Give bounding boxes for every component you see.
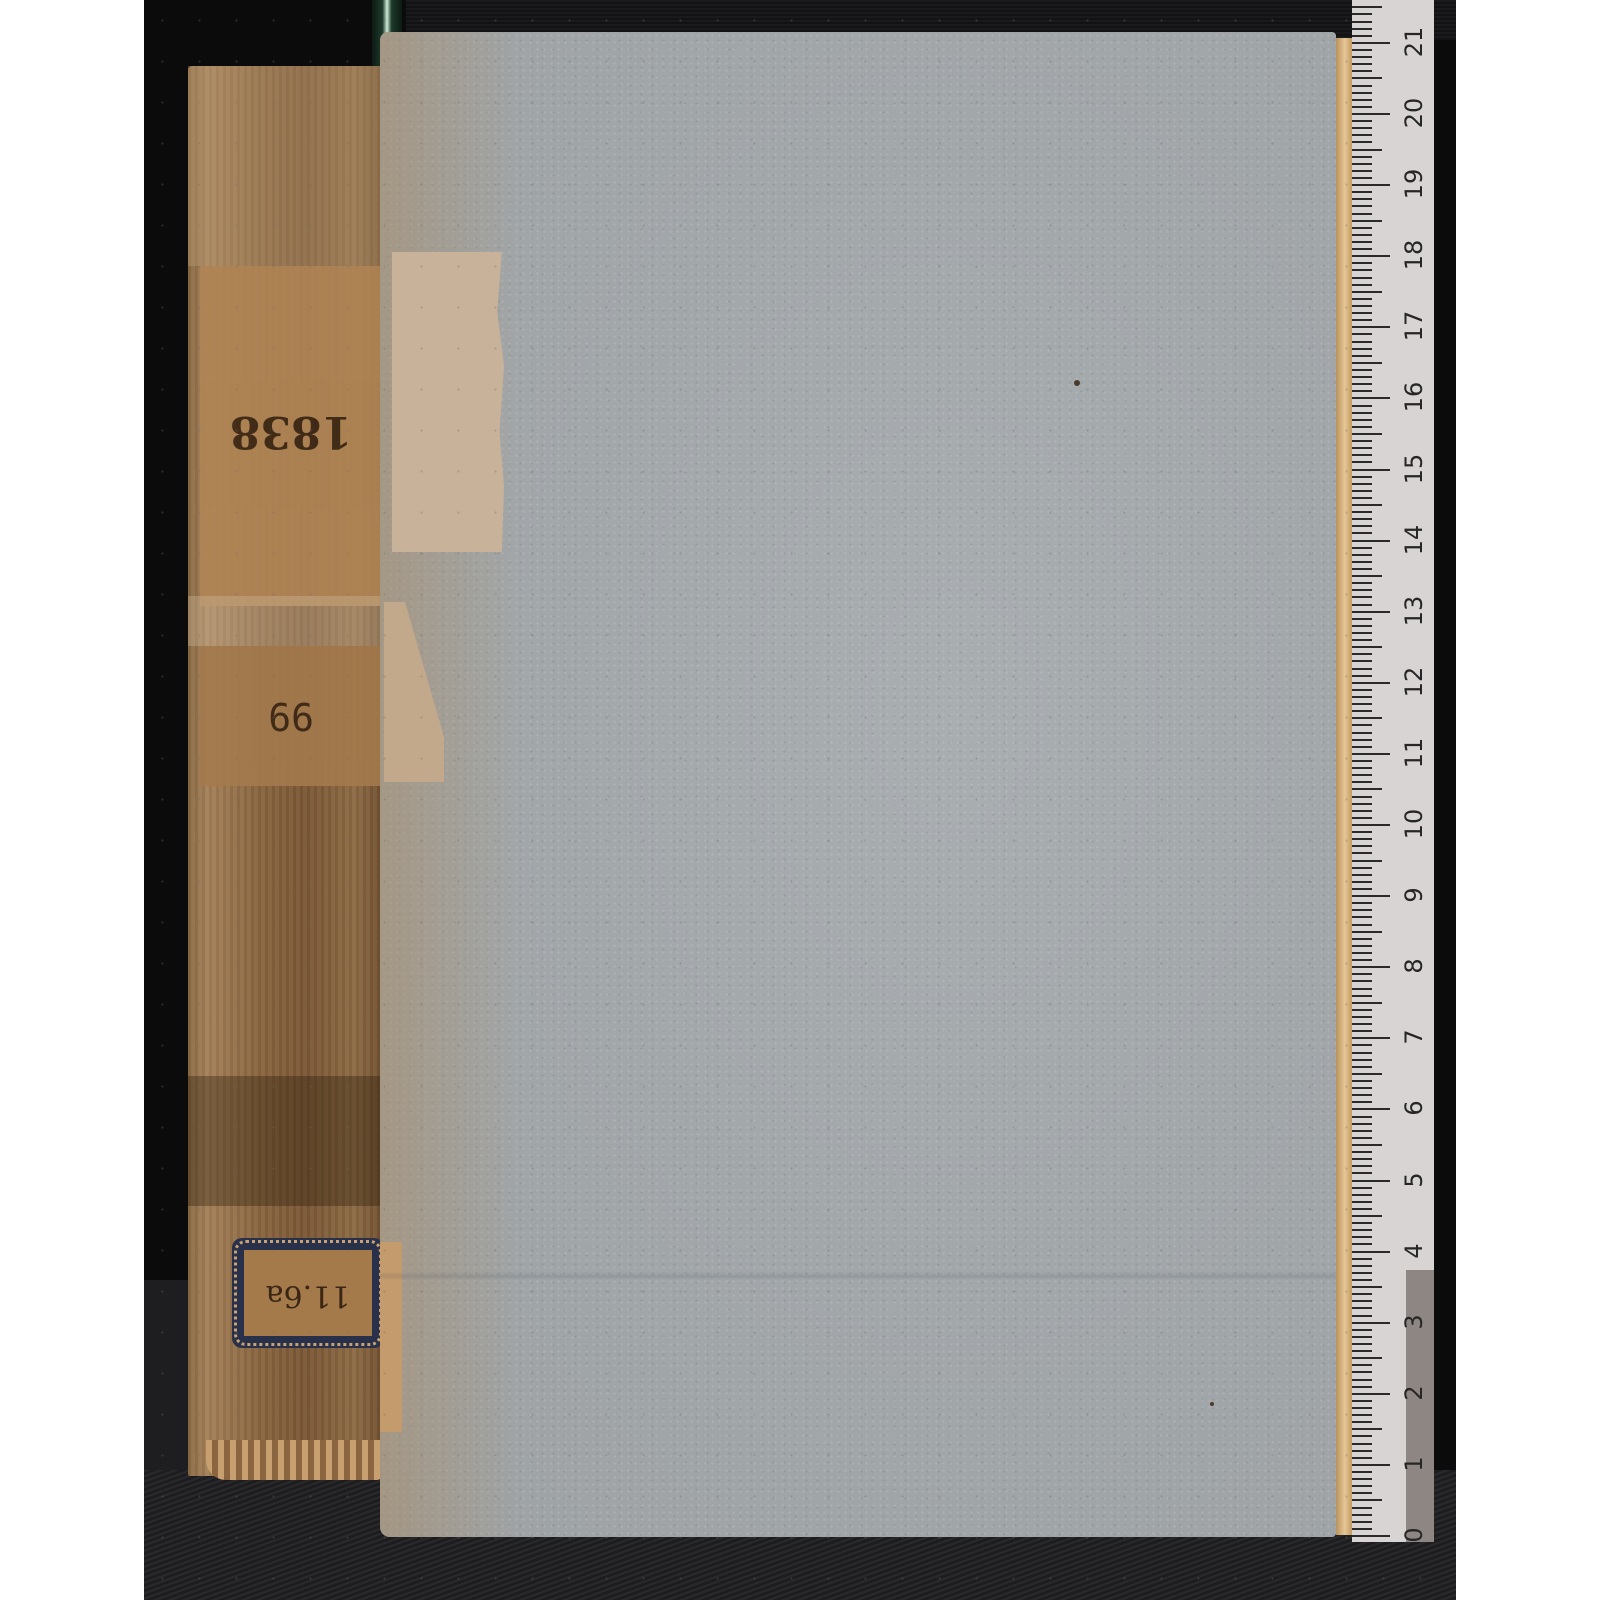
spine-top-band — [188, 66, 384, 266]
ruler-tick — [1352, 1535, 1390, 1537]
cover-speck — [1210, 1402, 1214, 1406]
ruler-number: 15 — [1400, 451, 1428, 487]
ruler-tick — [1352, 269, 1372, 271]
ruler-tick — [1352, 490, 1372, 492]
ruler-tick — [1352, 739, 1372, 741]
ruler-tick — [1352, 412, 1372, 414]
ruler-tick — [1352, 348, 1372, 350]
ruler-tick — [1352, 70, 1372, 72]
ruler-tick — [1352, 440, 1372, 442]
ruler-tick — [1352, 959, 1372, 961]
ruler-tick — [1352, 1108, 1390, 1110]
ruler-tick — [1352, 433, 1382, 435]
ruler-tick — [1352, 262, 1372, 264]
ruler-tick — [1352, 980, 1372, 982]
ruler-number: 10 — [1400, 806, 1428, 842]
ruler-tick — [1352, 326, 1390, 328]
ruler-tick — [1352, 831, 1372, 833]
ruler-tick — [1352, 191, 1372, 193]
ruler-tick — [1352, 6, 1382, 8]
ruler-tick — [1352, 333, 1372, 335]
ruler-tick — [1352, 49, 1372, 51]
ruler-tick — [1352, 141, 1372, 143]
ruler-tick — [1352, 1194, 1372, 1196]
ruler-tick — [1352, 99, 1372, 101]
ruler-tick — [1352, 1052, 1372, 1054]
ruler-tick — [1352, 1158, 1372, 1160]
ruler-number: 2 — [1400, 1375, 1428, 1411]
ruler-number: 6 — [1400, 1090, 1428, 1126]
ruler-tick — [1352, 319, 1372, 321]
ruler-tick — [1352, 376, 1372, 378]
ruler-tick — [1352, 1073, 1382, 1075]
ruler-number: 1 — [1400, 1446, 1428, 1482]
ruler-tick — [1352, 1080, 1372, 1082]
ruler-tick — [1352, 177, 1372, 179]
ruler-tick — [1352, 1485, 1372, 1487]
ruler-tick — [1352, 824, 1390, 826]
ruler-tick — [1352, 1144, 1382, 1146]
ruler-tick — [1352, 1492, 1372, 1494]
ruler-tick — [1352, 277, 1372, 279]
cover-crease — [380, 1272, 1336, 1280]
ruler-number: 0 — [1400, 1517, 1428, 1553]
ruler-tick — [1352, 1414, 1372, 1416]
ruler-tick — [1352, 92, 1372, 94]
ruler-tick — [1352, 1350, 1372, 1352]
ruler-tick — [1352, 255, 1390, 257]
ruler-tick — [1352, 312, 1372, 314]
ruler-tick — [1352, 696, 1372, 698]
ruler-tick — [1352, 746, 1372, 748]
ruler-tick — [1352, 120, 1372, 122]
ruler-tick — [1352, 952, 1372, 954]
book-front-cover — [380, 32, 1336, 1537]
ruler-tick — [1352, 305, 1372, 307]
ruler-tick — [1352, 56, 1372, 58]
ruler-tick — [1352, 1371, 1372, 1373]
ruler-tick — [1352, 653, 1372, 655]
ruler-tick — [1352, 1507, 1372, 1509]
ruler-tick — [1352, 1521, 1372, 1523]
ruler-tick — [1352, 689, 1372, 691]
ruler-tick — [1352, 1329, 1372, 1331]
ruler-tick — [1352, 1393, 1390, 1395]
ruler-tick — [1352, 582, 1372, 584]
ruler-tick — [1352, 845, 1372, 847]
ruler-tick — [1352, 1443, 1372, 1445]
ruler-tick — [1352, 596, 1372, 598]
ruler-tick — [1352, 1030, 1372, 1032]
ruler-tick — [1352, 35, 1372, 37]
stamp-tab-edge — [380, 1242, 402, 1432]
spine-dark-band — [188, 1076, 384, 1206]
ruler-tick — [1352, 1279, 1372, 1281]
ruler-tick — [1352, 205, 1372, 207]
ruler-number: 4 — [1400, 1233, 1428, 1269]
ruler-tick — [1352, 753, 1390, 755]
spine-year-label: 1838 — [200, 266, 382, 606]
ruler-tick — [1352, 668, 1372, 670]
ruler-tick — [1352, 1130, 1372, 1132]
ruler-tick — [1352, 618, 1372, 620]
ruler-tick — [1352, 184, 1390, 186]
ruler-tick — [1352, 426, 1372, 428]
ruler-tick — [1352, 284, 1372, 286]
ruler-tick — [1352, 469, 1390, 471]
ruler-tick — [1352, 1229, 1372, 1231]
ruler-tick — [1352, 945, 1372, 947]
ruler-number: 20 — [1400, 95, 1428, 131]
ruler-tick — [1352, 909, 1372, 911]
ruler-tick — [1352, 85, 1372, 87]
ruler-tick — [1352, 106, 1372, 108]
ruler-number: 11 — [1400, 735, 1428, 771]
ruler-tick — [1352, 1322, 1390, 1324]
ruler-tick — [1352, 1137, 1372, 1139]
ruler-tick — [1352, 1151, 1372, 1153]
ruler-tick — [1352, 1002, 1382, 1004]
ruler-tick — [1352, 461, 1372, 463]
ruler-tick — [1352, 127, 1372, 129]
ruler-tick — [1352, 156, 1372, 158]
ruler-number: 19 — [1400, 166, 1428, 202]
ruler-tick — [1352, 675, 1372, 677]
ruler-tick — [1352, 1400, 1372, 1402]
ruler-tick — [1352, 540, 1390, 542]
ruler-tick — [1352, 341, 1372, 343]
ruler-tick — [1352, 660, 1372, 662]
ruler-tick — [1352, 589, 1372, 591]
ruler-tick — [1352, 916, 1372, 918]
ruler-tick — [1352, 390, 1372, 392]
ruler-tick — [1352, 888, 1372, 890]
ruler-tick — [1352, 1116, 1372, 1118]
ruler-tick — [1352, 973, 1372, 975]
ruler-tick — [1352, 1478, 1372, 1480]
ruler-tick — [1352, 575, 1382, 577]
ruler-tick — [1352, 931, 1382, 933]
ruler-tick — [1352, 611, 1390, 613]
spine-torn-band — [188, 596, 384, 646]
ruler-tick — [1352, 1201, 1372, 1203]
ruler-tick — [1352, 234, 1372, 236]
ruler-number: 12 — [1400, 664, 1428, 700]
ruler-tick — [1352, 817, 1372, 819]
ruler-tick — [1352, 895, 1390, 897]
ruler-tick — [1352, 995, 1372, 997]
ruler-tick — [1352, 63, 1372, 65]
ruler-tick — [1352, 248, 1372, 250]
ruler-tick — [1352, 867, 1372, 869]
ruler-tick — [1352, 1364, 1372, 1366]
ruler-tick — [1352, 497, 1372, 499]
ruler-tick — [1352, 1208, 1372, 1210]
ruler-tick — [1352, 447, 1372, 449]
ruler-tick — [1352, 198, 1372, 200]
ruler-tick — [1352, 454, 1372, 456]
ruler-tick — [1352, 291, 1382, 293]
ruler-tick — [1352, 518, 1372, 520]
measuring-ruler: 0123456789101112131415161718192021 — [1352, 0, 1434, 1542]
ruler-tick — [1352, 1215, 1382, 1217]
paper-patch-top — [392, 252, 504, 552]
ruler-tick — [1352, 852, 1372, 854]
ruler-tick — [1352, 1172, 1372, 1174]
ruler-tick — [1352, 149, 1382, 151]
ruler-tick — [1352, 369, 1372, 371]
ruler-tick — [1352, 77, 1382, 79]
ruler-tick — [1352, 1272, 1372, 1274]
ruler-tick — [1352, 1336, 1372, 1338]
ruler-tick — [1352, 810, 1372, 812]
ruler-tick — [1352, 639, 1372, 641]
cover-speck — [1074, 380, 1080, 386]
ruler-tick — [1352, 1165, 1372, 1167]
ruler-tick — [1352, 547, 1372, 549]
ruler-tick — [1352, 483, 1372, 485]
ruler-tick — [1352, 213, 1372, 215]
ruler-tick — [1352, 860, 1382, 862]
ruler-tick — [1352, 1044, 1372, 1046]
ruler-tick — [1352, 1066, 1372, 1068]
ruler-tick — [1352, 710, 1372, 712]
ruler-number: 17 — [1400, 308, 1428, 344]
ruler-tick — [1352, 383, 1372, 385]
ruler-tick — [1352, 532, 1372, 534]
ruler-number: 9 — [1400, 877, 1428, 913]
ruler-tick — [1352, 724, 1372, 726]
ruler-tick — [1352, 1428, 1382, 1430]
ruler-tick — [1352, 1016, 1372, 1018]
ruler-tick — [1352, 1123, 1372, 1125]
spine-year-text: 1838 — [200, 406, 382, 457]
ruler-tick — [1352, 1464, 1390, 1466]
ruler-tick — [1352, 241, 1372, 243]
ruler-tick — [1352, 113, 1390, 115]
ruler-tick — [1352, 966, 1390, 968]
ruler-tick — [1352, 1435, 1372, 1437]
ruler-tick — [1352, 1450, 1372, 1452]
ruler-tick — [1352, 760, 1372, 762]
ruler-tick — [1352, 1386, 1372, 1388]
ruler-tick — [1352, 476, 1372, 478]
ruler-tick — [1352, 682, 1390, 684]
ruler-tick — [1352, 902, 1372, 904]
library-stamp-text: 11.6a — [244, 1278, 372, 1313]
ruler-tick — [1352, 881, 1372, 883]
ruler-tick — [1352, 419, 1372, 421]
ruler-tick — [1352, 1514, 1372, 1516]
ruler-tick — [1352, 625, 1372, 627]
ruler-tick — [1352, 1087, 1372, 1089]
ruler-tick — [1352, 1101, 1372, 1103]
ruler-tick — [1352, 42, 1390, 44]
ruler-tick — [1352, 561, 1372, 563]
ruler-tick — [1352, 298, 1372, 300]
ruler-number: 14 — [1400, 522, 1428, 558]
ruler-tick — [1352, 1293, 1372, 1295]
ruler-tick — [1352, 1037, 1390, 1039]
ruler-tick — [1352, 924, 1372, 926]
ruler-tick — [1352, 220, 1382, 222]
ruler-number: 5 — [1400, 1162, 1428, 1198]
ruler-tick — [1352, 1286, 1382, 1288]
ruler-tick — [1352, 1236, 1372, 1238]
ruler-tick — [1352, 1407, 1372, 1409]
ruler-tick — [1352, 504, 1382, 506]
ruler-tick — [1352, 170, 1372, 172]
ruler-tick — [1352, 803, 1372, 805]
ruler-tick — [1352, 28, 1372, 30]
ruler-number: 16 — [1400, 379, 1428, 415]
ruler-tick — [1352, 1094, 1372, 1096]
spine-volume-label: 99 — [200, 646, 382, 786]
ruler-tick — [1352, 1307, 1372, 1309]
ruler-tick — [1352, 703, 1372, 705]
ruler-tick — [1352, 732, 1372, 734]
ruler-tick — [1352, 646, 1382, 648]
ruler-tick — [1352, 1023, 1372, 1025]
spine-volume-text: 99 — [200, 694, 382, 738]
ruler-tick — [1352, 397, 1390, 399]
ruler-tick — [1352, 1300, 1372, 1302]
ruler-tick — [1352, 21, 1372, 23]
ruler-tick — [1352, 1180, 1390, 1182]
ruler-tick — [1352, 134, 1372, 136]
ruler-tick — [1352, 1528, 1372, 1530]
ruler-number: 3 — [1400, 1304, 1428, 1340]
ruler-tick — [1352, 1258, 1372, 1260]
ruler-tick — [1352, 717, 1382, 719]
ruler-number: 21 — [1400, 24, 1428, 60]
ruler-tick — [1352, 1421, 1372, 1423]
ruler-tick — [1352, 1499, 1382, 1501]
ruler-tick — [1352, 1315, 1372, 1317]
ruler-tick — [1352, 1009, 1372, 1011]
ruler-tick — [1352, 1357, 1382, 1359]
ruler-tick — [1352, 525, 1372, 527]
ruler-tick — [1352, 1343, 1372, 1345]
ruler-tick — [1352, 1187, 1372, 1189]
ruler-tick — [1352, 13, 1372, 15]
ruler-tick — [1352, 781, 1372, 783]
spine-frayed-foot — [206, 1440, 386, 1480]
ruler-tick — [1352, 568, 1372, 570]
ruler-tick — [1352, 1379, 1372, 1381]
ruler-tick — [1352, 938, 1372, 940]
ruler-tick — [1352, 838, 1372, 840]
ruler-tick — [1352, 362, 1382, 364]
ruler-tick — [1352, 1059, 1372, 1061]
ruler-tick — [1352, 1457, 1372, 1459]
ruler-tick — [1352, 1222, 1372, 1224]
ruler-tick — [1352, 163, 1372, 165]
ruler-tick — [1352, 1251, 1390, 1253]
ruler-tick — [1352, 788, 1382, 790]
ruler-tick — [1352, 874, 1372, 876]
ruler-number: 18 — [1400, 237, 1428, 273]
ruler-tick — [1352, 796, 1372, 798]
ruler-tick — [1352, 227, 1372, 229]
ruler-number: 7 — [1400, 1019, 1428, 1055]
library-stamp: 11.6a — [232, 1238, 384, 1348]
ruler-tick — [1352, 767, 1372, 769]
ruler-tick — [1352, 355, 1372, 357]
ruler-tick — [1352, 405, 1372, 407]
ruler-tick — [1352, 988, 1372, 990]
ruler-tick — [1352, 1265, 1372, 1267]
ruler-tick — [1352, 604, 1372, 606]
ruler-tick — [1352, 774, 1372, 776]
ruler-number: 13 — [1400, 593, 1428, 629]
ruler-tick — [1352, 554, 1372, 556]
ruler-tick — [1352, 632, 1372, 634]
ruler-tick — [1352, 511, 1372, 513]
book-photo: 1838 99 11.6a 01234567891011121314151617… — [144, 0, 1456, 1600]
ruler-tick — [1352, 1243, 1372, 1245]
ruler-number: 8 — [1400, 948, 1428, 984]
ruler-tick — [1352, 1471, 1372, 1473]
